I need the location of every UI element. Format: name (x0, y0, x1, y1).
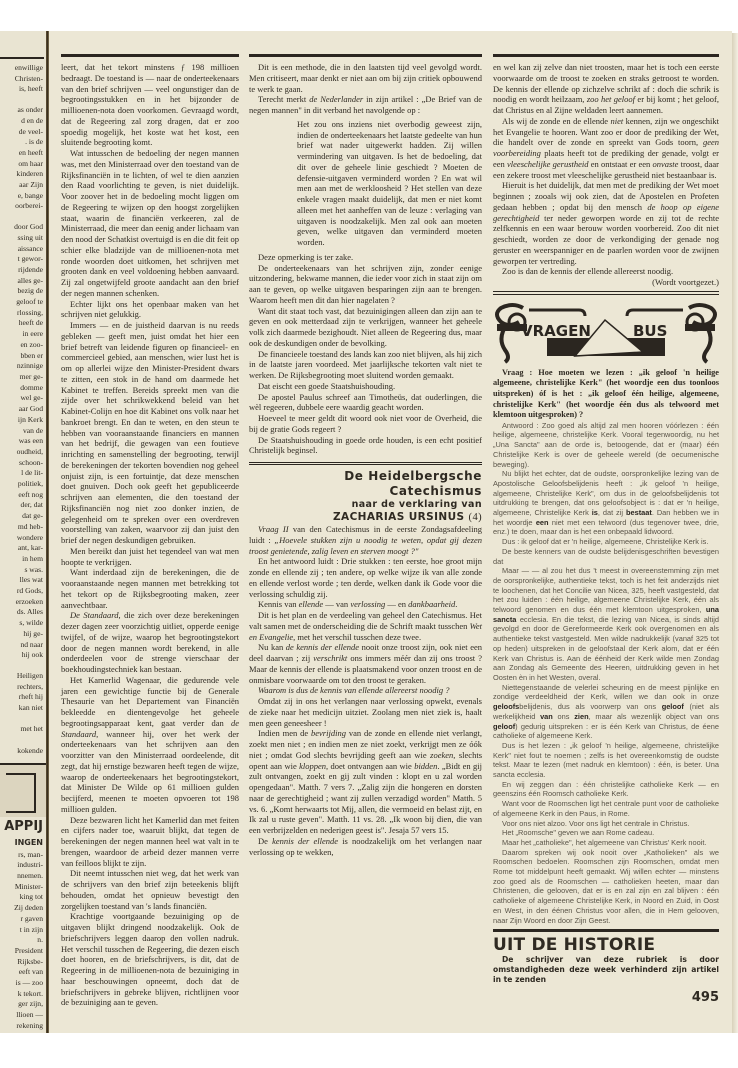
paragraph: Waarom is dus de kennis van ellende alle… (249, 685, 482, 696)
text-fragment: nnemen. (0, 871, 46, 882)
paragraph: En het antwoord luidt : Drie stukken : t… (249, 556, 482, 599)
text-fragment: s, wilde (0, 618, 46, 629)
paragraph: Kennis van ellende — van verlossing — en… (249, 599, 482, 610)
answer-paragraph: Dus is het lezen : „ik geloof 'n heilige… (493, 741, 719, 780)
text-fragment: king tot (0, 892, 46, 903)
text-fragment: met het (0, 724, 46, 735)
magazine-page: leert, dat het tekort minstens ƒ 198 mil… (49, 31, 732, 1033)
text-fragment: rs, man- (0, 850, 46, 861)
text-fragment: President (0, 946, 46, 957)
text-fragment: Zij deden (0, 903, 46, 914)
previous-page-rule (0, 57, 44, 59)
paragraph: De kennis der ellende is noodzakelijk om… (249, 836, 482, 858)
paragraph: De onderteekenaars van het schrijven zij… (249, 263, 482, 306)
paragraph: Dat eischt een goede Staatshuishouding. (249, 381, 482, 392)
text-fragment: en heeft (0, 148, 46, 159)
paragraph: Zoo is dan de kennis der ellende alleree… (493, 266, 719, 277)
paragraph: en wel kan zij zelve dan niet troosten, … (493, 62, 719, 116)
text-fragment: ssing uit (0, 233, 46, 244)
text-fragment: nd naar (0, 640, 46, 651)
answer-paragraph: Daarom spreken wij ook nooit over „Katho… (493, 848, 719, 926)
text-fragment: en zoo- (0, 340, 46, 351)
text-fragment: rheft hij (0, 692, 46, 703)
text-fragment: oorberei- (0, 201, 46, 212)
text-fragment: door God (0, 222, 46, 233)
text-fragment: wondere (0, 533, 46, 544)
answer-paragraph: Het „Roomsche" geven we aan Rome cadeau. (493, 828, 719, 838)
text-fragment: hij ge- (0, 629, 46, 640)
paragraph: Omdat zij in ons het verlangen naar verl… (249, 696, 482, 728)
text-fragment: van de (0, 426, 46, 437)
column-top-rule (249, 54, 482, 57)
historie-notice: De schrijver van deze rubriek is door om… (493, 955, 719, 985)
article-continuation: Deze opmerking is ter zake.De onderteeke… (249, 252, 482, 456)
text-fragment: rlossing, (0, 308, 46, 319)
text-fragment: n. (0, 935, 46, 946)
text-fragment: oudheid, (0, 447, 46, 458)
advertisement-subtitle: INGEN (0, 838, 46, 847)
answer-paragraph: Antwoord : Zoo goed als altijd zal men h… (493, 421, 719, 470)
text-fragment: Christen- (0, 74, 46, 85)
paragraph: Men bereikt dan juist het tegendeel van … (61, 546, 239, 568)
paragraph: Het Kamerlid Wagenaar, die gedurende vel… (61, 675, 239, 815)
previous-page-fragments-mid: as onderd en dede veel-. is deen heeftom… (0, 105, 46, 212)
text-fragment: llioen — (0, 1010, 46, 1021)
answer-paragraph: Maar het „catholieke", het algemeene van… (493, 838, 719, 848)
text-fragment: nzinnige (0, 361, 46, 372)
paragraph: Dit is het plan en de verdeeling van geh… (249, 610, 482, 642)
paragraph: Hieruit is het duidelijk, dat men met de… (493, 180, 719, 266)
text-fragment: de veel- (0, 127, 46, 138)
text-fragment: bben er (0, 351, 46, 362)
text-fragment: industri- (0, 860, 46, 871)
text-fragment: t gewor- (0, 254, 46, 265)
paragraph: De financieele toestand des lands kan zo… (249, 349, 482, 381)
column-3-body: en wel kan zij zelve dan niet troosten, … (493, 62, 719, 277)
text-fragment: d en de (0, 116, 46, 127)
text-fragment: rijdende (0, 265, 46, 276)
text-fragment: dat ge- (0, 511, 46, 522)
page-number: 495 (493, 993, 719, 1004)
text-fragment: heeft de (0, 318, 46, 329)
paragraph: Indien men de bevrijding van de zonde en… (249, 728, 482, 836)
text-fragment: is — zoo (0, 978, 46, 989)
vragenbus-question: Vraag : Hoe moeten we lezen : „ik geloof… (493, 368, 719, 421)
paragraph: De Staatshuishouding in goede orde houde… (249, 435, 482, 457)
column-1-body: leert, dat het tekort minstens ƒ 198 mil… (61, 62, 239, 1008)
text-fragment: r gaven (0, 914, 46, 925)
column-1: leert, dat het tekort minstens ƒ 198 mil… (61, 54, 239, 1008)
text-fragment: schoon- (0, 458, 46, 469)
text-fragment: k tekort. (0, 989, 46, 1000)
section-subtitle: naar de verklaring van (249, 499, 482, 511)
quoted-passage: Het zou ons inziens niet overbodig gewee… (297, 119, 482, 248)
paragraph: Dit neemt intusschen niet weg, dat het w… (61, 868, 239, 911)
text-fragment: . is de (0, 137, 46, 148)
text-fragment: om haar (0, 159, 46, 170)
text-fragment: was een (0, 436, 46, 447)
text-fragment: ijn Kerk (0, 415, 46, 426)
vragenbus-banner: VRAGEN BUS (493, 300, 719, 364)
text-fragment: wel ge- (0, 393, 46, 404)
column-2: Dit is een methode, die in den laatsten … (249, 54, 482, 857)
text-fragment: ger zijn, (0, 999, 46, 1010)
uit-de-historie-section: UIT DE HISTORIE De schrijver van deze ru… (493, 929, 719, 985)
svg-text:VRAGEN: VRAGEN (521, 322, 591, 340)
text-fragment: erzoeken (0, 597, 46, 608)
answer-paragraph: Niettegenstaande de velerlei scheuring e… (493, 683, 719, 741)
text-fragment: rd Gods, (0, 586, 46, 597)
text-fragment: Heiligen (0, 671, 46, 682)
text-fragment: rechters, (0, 682, 46, 693)
answer-paragraph: Dus : ik geloof dat er 'n heilige, algem… (493, 537, 719, 547)
text-fragment: der, dat (0, 500, 46, 511)
paragraph: Want dit staat toch vast, dat bezuinigin… (249, 306, 482, 349)
svg-text:BUS: BUS (633, 322, 667, 340)
vragenbus-logo-icon: VRAGEN BUS (493, 300, 719, 364)
catechismus-heading: De Heidelbergsche Catechismus naar de ve… (249, 462, 482, 524)
previous-page-fragments-ad: rs, man-industri-nnemen.Minister-king to… (0, 850, 46, 1032)
text-fragment: Rijksbe- (0, 957, 46, 968)
paragraph: De Standaard, die zich over deze bereken… (61, 610, 239, 675)
text-fragment: aar God (0, 404, 46, 415)
text-fragment: kinderen (0, 169, 46, 180)
paragraph: Krachtige voortgaande bezuiniging op de … (61, 911, 239, 1008)
text-fragment: l de lit- (0, 468, 46, 479)
column-top-rule (61, 54, 239, 57)
text-fragment: e, bange (0, 191, 46, 202)
paragraph: Deze bezwaren licht het Kamerlid dan met… (61, 815, 239, 869)
paragraph: Wat intusschen de bedoeling der negen ma… (61, 148, 239, 299)
answer-paragraph: Want voor de Roomschen ligt het centrale… (493, 799, 719, 818)
text-fragment: in eere (0, 329, 46, 340)
text-fragment: kokende (0, 746, 46, 757)
page-edge (732, 33, 738, 1033)
text-fragment: eeft van (0, 967, 46, 978)
paragraph: Als wij de zonde en de ellende niet kenn… (493, 116, 719, 181)
text-fragment: politiek, (0, 479, 46, 490)
text-fragment: alles ge- (0, 276, 46, 287)
answer-paragraph: Nu blijkt het echter, dat de oudste, oor… (493, 469, 719, 537)
text-fragment: eeft nog (0, 490, 46, 501)
advertisement-illustration (0, 763, 46, 817)
vragenbus-divider (493, 291, 719, 295)
paragraph: Dit is een methode, die in den laatsten … (249, 62, 482, 94)
paragraph: Nu kan de kennis der ellende nooit onze … (249, 642, 482, 685)
text-fragment: aar Zijn (0, 180, 46, 191)
section-part-number: (4) (469, 512, 482, 523)
continued-note: (Wordt voortgezet.) (493, 277, 719, 288)
previous-page-fragments-top: enwilligeChristen-is, heeft (0, 63, 46, 95)
paragraph: De apostel Paulus schreef aan Timotheüs,… (249, 392, 482, 414)
text-fragment: ds. Alles (0, 607, 46, 618)
column-top-rule (493, 54, 719, 57)
paragraph: Terecht merkt de Nederlander in zijn art… (249, 94, 482, 116)
text-fragment: t in zijn (0, 925, 46, 936)
text-fragment: hij ook (0, 650, 46, 661)
historie-title: UIT DE HISTORIE (493, 935, 719, 955)
catechismus-body: Vraag II van den Catechismus in de eerst… (249, 524, 482, 857)
text-fragment: as onder (0, 105, 46, 116)
text-fragment: in hem (0, 554, 46, 565)
text-fragment: md heb- (0, 522, 46, 533)
section-title: De Heidelbergsche Catechismus (249, 469, 482, 499)
article-intro: Dit is een methode, die in den laatsten … (249, 62, 482, 116)
previous-page-fragments-bottom: Heiligenrechters,rheft hijkan niet met h… (0, 671, 46, 757)
answer-paragraph: Maar — — al zou het dus 't meest in over… (493, 566, 719, 682)
paragraph: leert, dat het tekort minstens ƒ 198 mil… (61, 62, 239, 148)
column-3: en wel kan zij zelve dan niet troosten, … (493, 54, 719, 1004)
section-author: ZACHARIAS URSINUS (4) (249, 511, 482, 524)
paragraph: Want inderdaad zijn de berekeningen, die… (61, 567, 239, 610)
paragraph: Deze opmerking is ter zake. (249, 252, 482, 263)
paragraph: Echter lijkt ons het openbaar maken van … (61, 299, 239, 321)
paragraph: Vraag II van den Catechismus in de eerst… (249, 524, 482, 556)
quote-text: Het zou ons inziens niet overbodig gewee… (297, 119, 482, 248)
text-fragment: Minister- (0, 882, 46, 893)
text-fragment: mer ge- (0, 372, 46, 383)
answer-paragraph: En wij zeggen dan : één christelijke cat… (493, 780, 719, 799)
previous-page-edge: enwilligeChristen-is, heeft as onderd en… (0, 31, 47, 1033)
paragraph: Hoeveel te meer geldt dit woord ook niet… (249, 413, 482, 435)
text-fragment (0, 735, 46, 746)
text-fragment: domme (0, 383, 46, 394)
previous-page-fragments-lower: door Godssing uitaissancet gewor-rijdend… (0, 222, 46, 661)
text-fragment: s was. (0, 565, 46, 576)
answer-paragraph: De beste kenners van de oudste belijdeni… (493, 547, 719, 566)
text-fragment: is, heeft (0, 84, 46, 95)
text-fragment: ant, kar- (0, 543, 46, 554)
text-fragment: lles wat (0, 575, 46, 586)
text-fragment: geloof te (0, 297, 46, 308)
text-fragment: kan niet (0, 703, 46, 714)
vragenbus-answer: Antwoord : Zoo goed als altijd zal men h… (493, 421, 719, 926)
paragraph: Immers — en de juistheid daarvan is nu r… (61, 320, 239, 546)
advertisement-title: APPIJ (0, 819, 46, 834)
text-fragment: bezig de (0, 286, 46, 297)
text-fragment: aissance (0, 244, 46, 255)
text-fragment (0, 714, 46, 725)
answer-paragraph: Voor ons niet alzoo. Voor ons ligt het c… (493, 819, 719, 829)
text-fragment: enwillige (0, 63, 46, 74)
text-fragment: rekening (0, 1021, 46, 1032)
